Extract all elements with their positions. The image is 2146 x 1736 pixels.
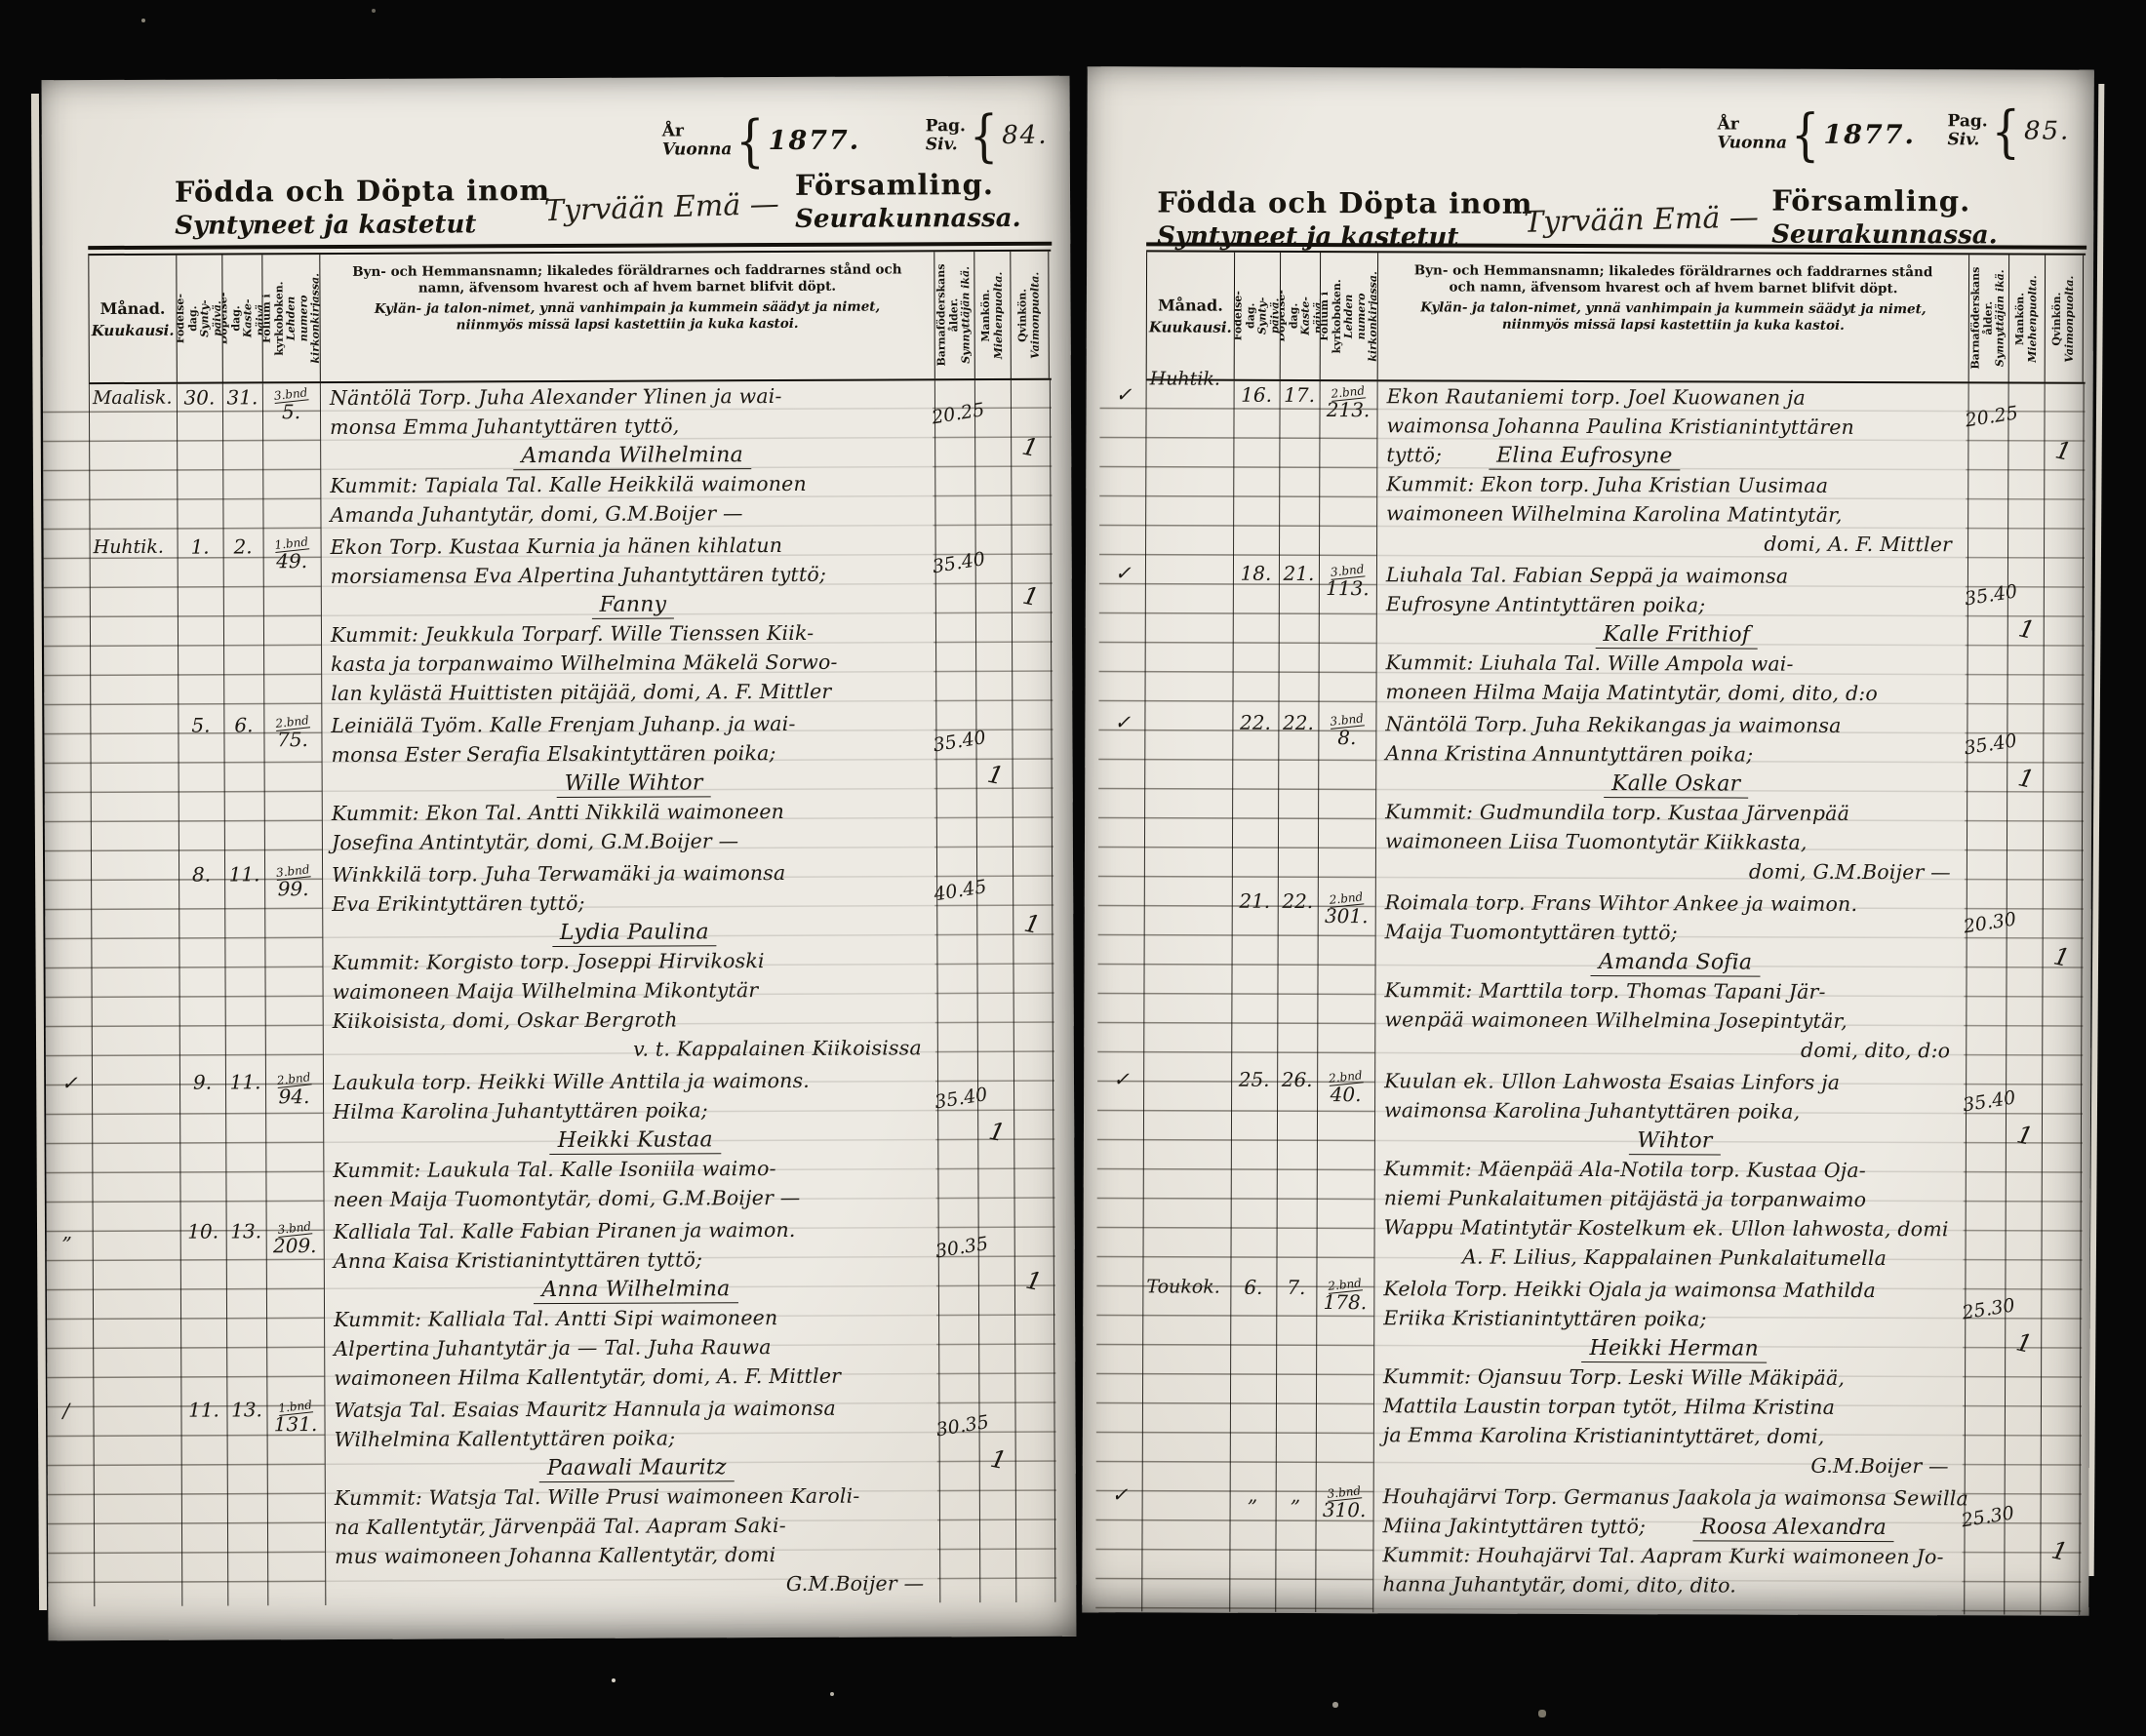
- column-header-baptism-day: Döpelse-dag. Kaste-päivä.: [221, 255, 262, 381]
- sex-tally-mark: 1: [2013, 1327, 2035, 1359]
- page-number-value: 84.: [1002, 121, 1048, 150]
- entry-line: niemi Punkalaitumen pitäjästä ja torpanw…: [1384, 1183, 1966, 1214]
- column-header-female: Qvinkön. Vaimonpuolta.: [1010, 252, 1050, 378]
- female-tally-cell: 1: [1012, 530, 1052, 705]
- entry-month: [90, 712, 179, 858]
- congregation-swedish: Församling.: [1771, 184, 1998, 218]
- entry-text: Kalliala Tal. Kalle Fabian Piranen ja wa…: [324, 1214, 939, 1393]
- entry-line: Kummit: Liuhala Tal. Wille Ampola wai-: [1386, 648, 1967, 679]
- entry-line: Watsja Tal. Esaias Mauritz Hannula ja wa…: [334, 1393, 938, 1425]
- page-number-block: Pag. Siv. { 85.: [1947, 104, 2070, 157]
- entry-folio-number: 5.: [262, 402, 320, 421]
- entry-line: Lydia Paulina: [332, 916, 936, 948]
- entry-age-cell: 35.40: [1967, 562, 2007, 708]
- margin-check-mark: ✓: [1096, 1065, 1143, 1270]
- entry-line: Kalle Oskar: [1385, 768, 1967, 799]
- entry-folio: 2.bnd94.: [265, 1068, 324, 1214]
- register-entry: ✓25.26.2.bnd40.Kuulan ek. Ullon Lahwosta…: [1096, 1065, 2083, 1274]
- entry-age-cell: 35.40: [937, 1065, 978, 1211]
- entry-folio: 2.bnd40.: [1316, 1066, 1374, 1271]
- column-header-birth-sv: Födelse-dag.: [176, 294, 199, 343]
- register-entry: ✓9.11.2.bnd94.Laukula torp. Heikki Wille…: [46, 1065, 1055, 1216]
- entry-birth-day: 21.: [1231, 888, 1278, 1063]
- entry-baptism-day: 22.: [1277, 888, 1318, 1063]
- entry-baptism-day: 11.: [225, 1068, 266, 1214]
- entry-line: mus waimoneen Johanna Kallentytär, domi: [335, 1539, 939, 1571]
- entry-line: Anna Kaisa Kristianintyttären tyttö;: [334, 1243, 938, 1276]
- entry-line: Kummit: Laukula Tal. Kalle Isoniila waim…: [333, 1153, 937, 1185]
- entry-baptism-day: 11.: [224, 860, 265, 1065]
- entry-month: [92, 1069, 180, 1215]
- entry-age-cell: 35.40: [935, 708, 976, 854]
- entry-age-cell: 20.30: [1966, 889, 2007, 1065]
- entry-line: Kummit: Ekon torp. Juha Kristian Uusimaa: [1386, 469, 1967, 500]
- entry-baptism-day: 21.: [1278, 560, 1319, 706]
- margin-check-mark: [45, 861, 92, 1066]
- entry-line: Ekon Rautaniemi torp. Joel Kuowanen ja: [1387, 381, 1968, 413]
- entry-line: waimonsa Johanna Paulina Kristianintyttä…: [1386, 411, 1967, 442]
- female-tally-cell: 1: [2042, 890, 2082, 1066]
- margin-check-mark: [1097, 887, 1144, 1062]
- entry-line: morsiamensa Eva Alpertina Juhantyttären …: [331, 559, 935, 591]
- entry-folio-number: 213.: [1320, 400, 1377, 419]
- column-header-folio-fi: Lehden numero kirkonkirjassa.: [285, 273, 320, 364]
- register-entry: „10.13.3.bnd209.Kalliala Tal. Kalle Fabi…: [47, 1214, 1056, 1395]
- brace-glyph: {: [735, 107, 765, 174]
- child-name: Kalle Frithiof: [1595, 622, 1758, 650]
- scanned-book-spread: År Vuonna { 1877. Pag. Siv. { 84. Födda …: [0, 0, 2146, 1736]
- column-header-baptism-sv: Döpelse-dag.: [1280, 290, 1300, 342]
- entry-line-text: tyttö;: [1386, 443, 1442, 466]
- congregation-title: Församling. Seurakunnassa.: [1771, 184, 1998, 251]
- register-page-right: År Vuonna { 1877. Pag. Siv. { 85. Födda …: [1082, 66, 2094, 1616]
- column-header-baptism-fi: Kaste-päivä.: [242, 293, 261, 345]
- entry-month: Toukok.: [1142, 1273, 1231, 1478]
- entry-age-cell: 30.35: [938, 1393, 979, 1598]
- entry-line: Anna Wilhelmina: [334, 1273, 938, 1305]
- congregation-title: Församling. Seurakunnassa.: [795, 168, 1021, 234]
- entry-line: Anna Kristina Annuntyttären poika;: [1385, 738, 1967, 769]
- margin-check-mark: [43, 384, 90, 531]
- column-header-month-fi: Kuukausi.: [1149, 318, 1232, 335]
- column-header-month-sv: Månad.: [100, 298, 166, 317]
- child-name: Amanda Wilhelmina: [513, 443, 750, 470]
- male-tally-cell: [2004, 1483, 2040, 1600]
- year-block: År Vuonna { 1877.: [662, 114, 861, 168]
- entry-line: Fanny: [331, 588, 935, 620]
- entry-line: lan kylästä Huittisten pitäjää, domi, A.…: [331, 676, 935, 708]
- column-header-age-sv: Barnaföderskans ålder.: [936, 264, 961, 367]
- column-header-month: Månad. Kuukausi.: [1146, 252, 1234, 378]
- entry-line: Maija Tuomontyttären tyttö;: [1385, 917, 1967, 948]
- register-title-finnish: Syntyneet ja kastetut: [1157, 221, 1532, 252]
- column-header-birth-fi: Synty-päivä.: [199, 294, 221, 343]
- column-header-description: Byn- och Hemmansnamn; likaledes föräldra…: [319, 252, 934, 381]
- entry-text: Winkkilä torp. Juha Terwamäki ja waimons…: [322, 857, 937, 1065]
- entry-age-cell: 20.25: [1967, 383, 2008, 559]
- entry-line: Wille Wihtor: [332, 767, 936, 799]
- register-entry: Maalisk.30.31.3.bnd5.Näntölä Torp. Juha …: [43, 380, 1053, 532]
- entry-birth-day: 16.: [1233, 381, 1280, 557]
- entry-month: Huhtik.: [90, 533, 179, 709]
- entry-birth-day: „: [1229, 1481, 1275, 1598]
- entry-baptism-day: 2.: [223, 533, 264, 708]
- column-header-male-fi: Miehenpuolta.: [992, 271, 1005, 359]
- entry-line: Hilma Karolina Juhantyttären poika;: [333, 1094, 937, 1126]
- entry-line: domi, G.M.Boijer —: [1385, 855, 1967, 887]
- column-header-folio-fi: Lehden numero kirkonkirjassa.: [1342, 271, 1377, 362]
- entry-folio: 3.bnd99.: [264, 860, 323, 1065]
- margin-check-mark: ✓: [1098, 708, 1145, 884]
- page-label-finnish: Siv.: [1947, 131, 1987, 149]
- column-header-description: Byn- och Hemmansnamn; likaledes föräldra…: [1377, 253, 1968, 381]
- sex-tally-mark: 1: [2051, 941, 2073, 972]
- column-header-age-fi: Synnyttäjän ikä.: [961, 264, 974, 367]
- male-tally-cell: 1: [2007, 711, 2044, 887]
- register-entry: Huhtik.1.2.1.bnd49.Ekon Torp. Kustaa Kur…: [44, 530, 1053, 710]
- entry-line: waimoneen Wilhelmina Karolina Matintytär…: [1386, 498, 1967, 530]
- entry-text: Kuulan ek. Ullon Lahwosta Esaias Linfors…: [1373, 1066, 1966, 1273]
- entry-folio: 1.bnd49.: [263, 533, 322, 708]
- register-entry: 5.6.2.bnd75.Leiniälä Työm. Kalle Frenjam…: [44, 708, 1053, 859]
- page-label-swedish: Pag.: [1948, 112, 1988, 131]
- entry-line: monsa Ester Serafia Elsakintyttären poik…: [331, 737, 935, 769]
- register-title-swedish: Födda och Döpta inom: [175, 174, 550, 209]
- entry-age-cell: 35.40: [1965, 1068, 2006, 1273]
- entry-baptism-day: 13.: [226, 1217, 267, 1393]
- entry-line: Kummit: Ekon Tal. Antti Nikkilä waimonee…: [332, 796, 936, 828]
- sex-tally-mark: 1: [1022, 909, 1043, 940]
- entry-age-cell: 35.40: [935, 530, 976, 705]
- entry-folio-number: 209.: [266, 1236, 324, 1255]
- entry-birth-day: 1.: [178, 533, 224, 708]
- year-value: 1877.: [769, 125, 861, 155]
- entry-birth-day: 8.: [179, 860, 225, 1065]
- male-tally-cell: 1: [2007, 562, 2044, 708]
- entry-line: Kalliala Tal. Kalle Fabian Piranen ja wa…: [334, 1214, 938, 1246]
- entry-line: Kummit: Houhajärvi Tal. Aapram Kurki wai…: [1382, 1540, 1964, 1571]
- child-name: Roosa Alexandra: [1692, 1515, 1894, 1542]
- margin-check-mark: [44, 712, 91, 858]
- register-entry: ✓18.21.3.bnd113.Liuhala Tal. Fabian Sepp…: [1098, 559, 2085, 709]
- entry-birth-day: 10.: [180, 1217, 227, 1393]
- margin-check-mark: ✓: [1095, 1480, 1141, 1598]
- register-title-swedish: Födda och Döpta inom: [1157, 185, 1532, 219]
- entry-folio-number: 40.: [1317, 1085, 1374, 1104]
- entry-birth-day: 11.: [180, 1396, 227, 1600]
- entry-line: Ekon Torp. Kustaa Kurnia ja hänen kihlat…: [331, 530, 935, 562]
- column-header-folio: Folium i kyrkoboken. Lehden numero kirko…: [261, 255, 320, 381]
- margin-check-mark: ✓: [46, 1069, 93, 1215]
- page-label-swedish: Pag.: [926, 117, 966, 136]
- entry-line: hanna Juhantytär, domi, dito, dito.: [1382, 1569, 1964, 1600]
- congregation-finnish: Seurakunnassa.: [795, 204, 1021, 234]
- entry-line: waimoneen Hilma Kallentytär, domi, A. F.…: [334, 1361, 938, 1393]
- male-tally-cell: [974, 380, 1012, 527]
- entry-folio: 2.bnd75.: [263, 711, 322, 857]
- sex-tally-mark: 1: [1019, 432, 1040, 463]
- entry-line: monsa Emma Juhantyttären tyttö,: [330, 410, 934, 442]
- entry-baptism-day: „: [1275, 1481, 1315, 1598]
- entry-age-cell: 20.25: [934, 380, 975, 527]
- child-name: Wihtor: [1629, 1128, 1720, 1155]
- table-body: Maalisk.30.31.3.bnd5.Näntölä Torp. Juha …: [43, 380, 1056, 1606]
- year-label-swedish: År: [1718, 115, 1788, 134]
- table-body: ✓Huhtik.16.17.2.bnd213.Ekon Rautaniemi t…: [1095, 380, 2085, 1615]
- entry-line: domi, A. F. Mittler: [1386, 528, 1967, 559]
- entry-line: Kummit: Watsja Tal. Wille Prusi waimonee…: [335, 1480, 939, 1513]
- entry-month: [93, 1218, 181, 1394]
- male-tally-cell: [976, 857, 1013, 1062]
- margin-check-mark: /: [47, 1397, 94, 1601]
- entry-age-cell: 25.30: [1964, 1483, 2004, 1600]
- column-header-baptism-sv: Döpelse-dag.: [221, 293, 242, 345]
- entry-month: Maalisk.: [89, 384, 178, 531]
- entry-text: Laukula torp. Heikki Wille Anttila ja wa…: [323, 1065, 938, 1214]
- column-header-male: Mankön. Miehenpuolta.: [2008, 256, 2045, 382]
- column-header-baptism-day: Döpelse-dag. Kaste-päivä.: [1280, 253, 1320, 379]
- entry-line: Kummit: Gudmundila torp. Kustaa Järvenpä…: [1385, 797, 1967, 828]
- entry-line: Amanda Juhantytär, domi, G.M.Boijer —: [330, 497, 934, 530]
- year-label-finnish: Vuonna: [662, 140, 733, 159]
- entry-line: neen Maija Tuomontytär, domi, G.M.Boijer…: [333, 1182, 937, 1214]
- column-header-month: Månad. Kuukausi.: [88, 256, 177, 382]
- entry-folio: 3.bnd310.: [1315, 1481, 1372, 1598]
- child-name: Amanda Sofia: [1591, 950, 1760, 977]
- entry-text: Näntölä Torp. Juha Rekikangas ja waimons…: [1375, 709, 1967, 887]
- entry-line: Eriika Kristianintyttären poika;: [1383, 1303, 1965, 1334]
- entry-line: Miina Jakintyttären tyttö;Roosa Alexandr…: [1382, 1511, 1964, 1542]
- margin-check-mark: ✓: [1099, 380, 1146, 556]
- entry-folio-number: 178.: [1316, 1292, 1373, 1312]
- entry-line: v. t. Kappalainen Kiikoisissa: [333, 1033, 937, 1065]
- child-name: Paawali Mauritz: [539, 1455, 735, 1482]
- entry-line: Mattila Laustin torpan tytöt, Hilma Kris…: [1383, 1391, 1965, 1422]
- column-header-birth-day: Födelse-dag. Synty-päivä.: [176, 256, 222, 382]
- column-header-birth-day: Födelse-dag. Synty-päivä.: [1234, 253, 1280, 379]
- male-tally-cell: [975, 530, 1013, 705]
- entry-line: Roimala torp. Frans Wihtor Ankee ja waim…: [1385, 888, 1967, 919]
- entry-line: Heikki Kustaa: [333, 1124, 937, 1156]
- entry-text: Leiniälä Työm. Kalle Frenjam Juhanp. ja …: [321, 708, 936, 857]
- entry-folio: 2.bnd301.: [1317, 888, 1375, 1063]
- column-header-folio: Folium i kyrkoboken. Lehden numero kirko…: [1320, 253, 1377, 379]
- female-tally-cell: [2043, 563, 2083, 709]
- child-name: Kalle Oskar: [1604, 771, 1748, 799]
- entry-line: Wihtor: [1384, 1124, 1966, 1156]
- entry-line: Kummit: Mäenpää Ala-Notila torp. Kustaa …: [1384, 1154, 1966, 1185]
- male-tally-cell: 1: [975, 708, 1013, 854]
- entry-line: moneen Hilma Maija Matintytär, domi, dit…: [1385, 677, 1967, 708]
- column-header-month-fi: Kuukausi.: [92, 321, 175, 338]
- entry-line: Winkkilä torp. Juha Terwamäki ja waimons…: [332, 857, 936, 889]
- entry-line: Liuhala Tal. Fabian Seppä ja waimonsa: [1386, 560, 1967, 591]
- brace-glyph: {: [1992, 99, 2021, 165]
- entry-folio-number: 99.: [264, 879, 322, 898]
- margin-check-mark: „: [47, 1218, 94, 1394]
- male-tally-cell: [2007, 384, 2045, 560]
- entry-text: Watsja Tal. Esaias Mauritz Hannula ja wa…: [324, 1393, 939, 1600]
- entry-age-cell: 25.30: [1965, 1276, 2006, 1480]
- register-title-finnish: Syntyneet ja kastetut: [175, 210, 550, 241]
- child-name: Lydia Paulina: [552, 920, 717, 947]
- entry-month: Huhtik.: [1145, 365, 1234, 556]
- entry-line: Paawali Mauritz: [335, 1451, 939, 1483]
- child-name: Wille Wihtor: [557, 770, 711, 798]
- child-name: Anna Wilhelmina: [534, 1277, 737, 1304]
- entry-folio-band: 3.bnd: [273, 386, 308, 404]
- column-header-description-sv: Byn- och Hemmansnamn; likaledes föräldra…: [1400, 262, 1947, 297]
- entry-folio-number: 301.: [1318, 906, 1375, 926]
- year-label-finnish: Vuonna: [1717, 134, 1787, 152]
- entry-folio: 3.bnd113.: [1318, 560, 1376, 706]
- entry-line: Kummit: Kalliala Tal. Antti Sipi waimone…: [334, 1302, 938, 1334]
- register-page-left: År Vuonna { 1877. Pag. Siv. { 84. Födda …: [42, 76, 1077, 1641]
- entry-baptism-day: 31.: [222, 383, 263, 530]
- sex-tally-mark: 1: [2014, 1120, 2036, 1151]
- column-header-description-fi: Kylän- ja talon-nimet, ynnä vanhimpain j…: [1400, 299, 1947, 335]
- female-tally-cell: 1: [1011, 380, 1051, 527]
- table-header: Månad. Kuukausi. Födelse-dag. Synty-päiv…: [88, 250, 1052, 384]
- male-tally-cell: 1: [978, 1393, 1015, 1598]
- column-header-male: Mankön. Miehenpuolta.: [974, 252, 1011, 378]
- entry-line: G.M.Boijer —: [335, 1568, 939, 1600]
- entry-line: waimonsa Karolina Juhantyttären poika,: [1384, 1095, 1966, 1126]
- parish-name-handwritten: Tyrvään Emä —: [1524, 200, 1759, 239]
- entry-line: ja Emma Karolina Kristianintyttäret, dom…: [1383, 1420, 1965, 1451]
- sex-tally-mark: 1: [986, 1117, 1007, 1148]
- column-header-folio-sv: Folium i kyrkoboken.: [1320, 271, 1343, 362]
- entry-line: A. F. Lilius, Kappalainen Punkalaitumell…: [1383, 1242, 1965, 1273]
- entry-line: Amanda Sofia: [1385, 946, 1967, 977]
- register-entry: /11.13.1.bnd131.Watsja Tal. Esaias Mauri…: [47, 1393, 1056, 1602]
- female-tally-cell: [2043, 712, 2083, 888]
- entry-line: Heikki Herman: [1383, 1332, 1965, 1363]
- entry-line: G.M.Boijer —: [1383, 1449, 1965, 1480]
- entry-folio: 2.bnd178.: [1316, 1274, 1374, 1479]
- year-block: År Vuonna { 1877.: [1717, 107, 1916, 161]
- entry-line: Kuulan ek. Ullon Lahwosta Esaias Linfors…: [1384, 1066, 1966, 1097]
- column-header-birth-fi: Synty-päivä.: [1257, 291, 1280, 340]
- entry-birth-day: 30.: [177, 384, 223, 531]
- entry-birth-day: 6.: [1230, 1274, 1277, 1479]
- entry-folio-number: 131.: [266, 1414, 324, 1434]
- table-header: Månad. Kuukausi. Födelse-dag. Synty-päiv…: [1146, 250, 2086, 383]
- entry-folio-number: 94.: [265, 1086, 323, 1106]
- title-rule: [88, 242, 1052, 250]
- entry-folio: 2.bnd213.: [1319, 381, 1377, 557]
- congregation-swedish: Församling.: [795, 168, 1021, 202]
- entry-month: [1144, 708, 1233, 884]
- female-tally-cell: 1: [2044, 384, 2084, 560]
- brace-glyph: {: [970, 102, 999, 169]
- entry-folio-number: 310.: [1316, 1500, 1373, 1519]
- parish-name-handwritten: Tyrvään Emä —: [544, 187, 780, 228]
- register-entry: 8.11.3.bnd99.Winkkilä torp. Juha Terwamä…: [45, 857, 1054, 1067]
- dust-speck: [0, 0, 2, 2]
- child-name: Heikki Kustaa: [550, 1127, 721, 1155]
- entry-age-cell: 30.35: [938, 1214, 979, 1390]
- entry-line: Amanda Wilhelmina: [330, 439, 934, 471]
- register-table: Månad. Kuukausi. Födelse-dag. Synty-päiv…: [42, 250, 1056, 1606]
- child-name: Elina Eufrosyne: [1489, 444, 1681, 471]
- entry-line: Wilhelmina Kallentyttären poika;: [335, 1422, 939, 1454]
- brace-glyph: {: [1791, 101, 1820, 168]
- entry-line: Houhajärvi Torp. Germanus Jaakola ja wai…: [1383, 1481, 1965, 1513]
- entry-folio: 3.bnd8.: [1318, 709, 1376, 885]
- entry-folio: 3.bnd5.: [262, 383, 321, 530]
- female-tally-cell: [2041, 1277, 2081, 1481]
- male-tally-cell: 1: [2005, 1276, 2042, 1480]
- child-name: Fanny: [591, 592, 674, 618]
- column-header-month-sv: Månad.: [1158, 296, 1223, 314]
- column-header-description-sv: Byn- och Hemmansnamn; likaledes föräldra…: [341, 261, 912, 297]
- sex-tally-mark: 1: [2015, 763, 2037, 794]
- entry-line: waimoneen Maija Wilhelmina Mikontytär: [333, 974, 937, 1006]
- entry-text: Liuhala Tal. Fabian Seppä ja waimonsaEuf…: [1375, 560, 1967, 708]
- entry-month: [1142, 1065, 1231, 1270]
- entry-line: kasta ja torpanwaimo Wilhelmina Mäkelä S…: [331, 647, 935, 679]
- register-entry: ✓„„3.bnd310.Houhajärvi Torp. Germanus Ja…: [1095, 1480, 2081, 1601]
- entry-text: Kelola Torp. Heikki Ojala ja waimonsa Ma…: [1373, 1274, 1966, 1480]
- sex-tally-mark: 1: [2053, 435, 2075, 466]
- column-header-baptism-fi: Kaste-päivä.: [1300, 290, 1320, 342]
- male-tally-cell: 1: [977, 1065, 1014, 1211]
- margin-check-mark: [44, 533, 91, 709]
- entry-line: Näntölä Torp. Juha Alexander Ylinen ja w…: [330, 380, 934, 413]
- register-entry: ✓22.22.3.bnd8.Näntölä Torp. Juha Rekikan…: [1098, 708, 2085, 888]
- entry-line: Alpertina Juhantytär ja — Tal. Juha Rauw…: [334, 1331, 938, 1363]
- entry-text: Houhajärvi Torp. Germanus Jaakola ja wai…: [1372, 1481, 1964, 1600]
- entry-line: Kummit: Tapiala Tal. Kalle Heikkilä waim…: [330, 468, 934, 500]
- entry-text: Ekon Torp. Kustaa Kurnia ja hänen kihlat…: [321, 530, 936, 708]
- female-tally-cell: [1014, 1393, 1054, 1598]
- entry-age-cell: 40.45: [936, 857, 977, 1062]
- entry-line: Wappu Matintytär Kostelkum ek. Ullon lah…: [1384, 1212, 1966, 1243]
- margin-check-mark: ✓: [1098, 559, 1145, 705]
- entry-baptism-day: 13.: [226, 1396, 267, 1600]
- entry-line: waimoneen Liisa Tuomontytär Kiikkasta,: [1385, 826, 1967, 857]
- entry-line: Kummit: Jeukkula Torparf. Wille Tienssen…: [331, 617, 935, 650]
- entry-line-text: Miina Jakintyttären tyttö;: [1383, 1514, 1647, 1538]
- entry-line: domi, dito, d:o: [1384, 1034, 1966, 1065]
- register-table: Månad. Kuukausi. Födelse-dag. Synty-päiv…: [1095, 250, 2086, 1615]
- register-entry: ✓Huhtik.16.17.2.bnd213.Ekon Rautaniemi t…: [1099, 380, 2086, 560]
- page-number-value: 85.: [2024, 117, 2070, 146]
- female-tally-cell: [2041, 1069, 2081, 1274]
- entry-folio-number: 75.: [263, 730, 321, 749]
- entry-line: Leiniälä Työm. Kalle Frenjam Juhanp. ja …: [331, 708, 935, 740]
- entry-month: [1144, 559, 1233, 705]
- entry-text: Ekon Rautaniemi torp. Joel Kuowanen jawa…: [1376, 381, 1968, 559]
- entry-baptism-day: 26.: [1276, 1066, 1317, 1271]
- entry-text: Roimala torp. Frans Wihtor Ankee ja waim…: [1374, 888, 1967, 1065]
- column-header-age-fi: Synnyttäjän ikä.: [1995, 267, 2007, 370]
- female-tally-cell: 1: [1013, 857, 1053, 1062]
- entry-line: Näntölä Torp. Juha Rekikangas ja waimons…: [1385, 709, 1967, 740]
- column-header-male-fi: Miehenpuolta.: [2027, 275, 2040, 363]
- register-title: Födda och Döpta inom Syntyneet ja kastet…: [175, 174, 550, 241]
- entry-line: Kummit: Marttila torp. Thomas Tapani Jär…: [1384, 975, 1966, 1006]
- entry-baptism-day: 17.: [1279, 381, 1320, 557]
- column-header-female-fi: Vaimonpuolta.: [2064, 275, 2077, 362]
- sex-tally-mark: 1: [2016, 613, 2038, 645]
- sex-tally-mark: 1: [985, 760, 1006, 791]
- entry-birth-day: 25.: [1230, 1066, 1277, 1271]
- entry-line: Kummit: Korgisto torp. Joseppi Hirvikosk…: [332, 945, 936, 977]
- male-tally-cell: [978, 1214, 1015, 1390]
- entry-folio-number: 113.: [1319, 578, 1376, 598]
